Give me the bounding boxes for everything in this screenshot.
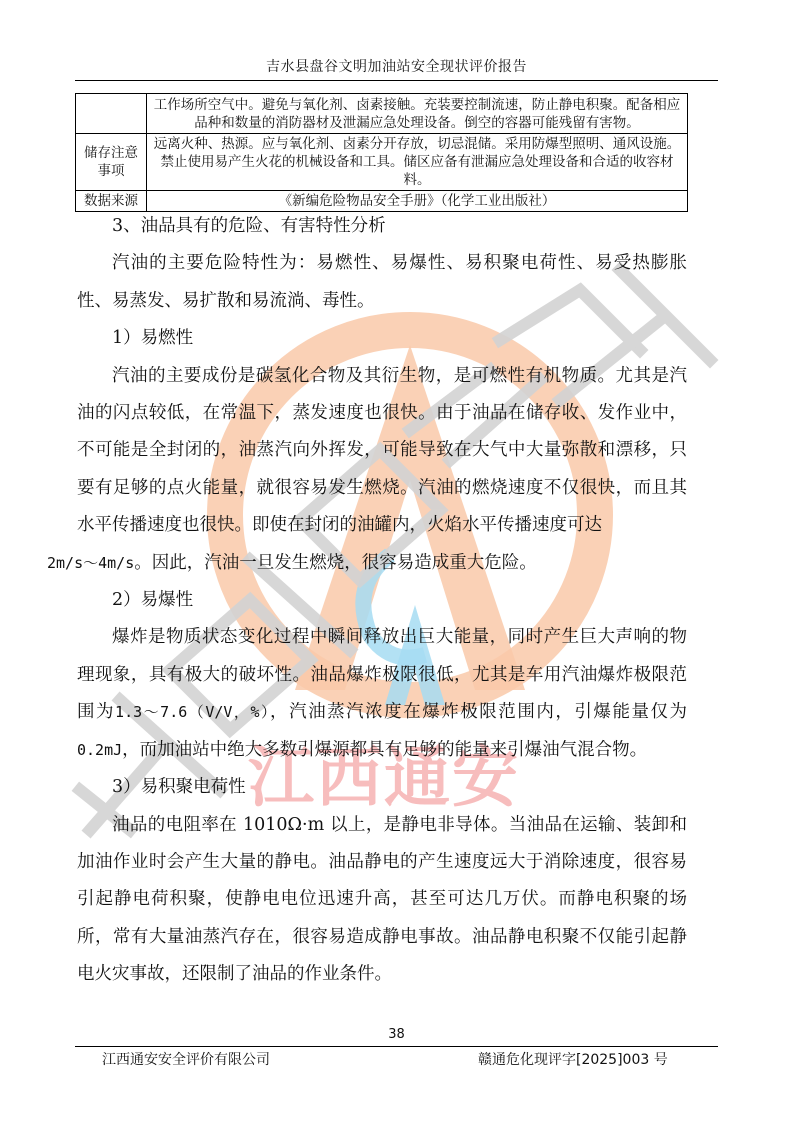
footer-document-number: 赣通危化现评字[2025]003 号: [478, 1049, 668, 1069]
explosion-limit-value: 1.3～7.6（V/V，%）: [115, 703, 270, 721]
subsection-heading-explosiveness: 2）易爆性: [77, 582, 687, 619]
paragraph-text: 汽油的主要成份是碳氢化合物及其衍生物，是可燃性有机物质。尤其是汽油的闪点较低，在…: [77, 366, 687, 536]
paragraph-text: ，而加油站中绝大多数引爆源都具有足够的能量来引爆油气混合物。: [122, 740, 647, 760]
speed-value: 2m/s～4m/s: [47, 554, 134, 572]
document-body: 3、油品具有的危险、有害特性分析 汽油的主要危险特性为：易燃性、易爆性、易积聚电…: [77, 208, 687, 994]
table-row-content: 远离火种、热源。应与氧化剂、卤素分开存放，切忌混储。采用防爆型照明、通风设施。禁…: [147, 134, 688, 191]
paragraph-text: ，汽油蒸汽浓度在爆炸极限范围内，引爆能量仅为: [270, 702, 687, 722]
subsection-heading-static-charge: 3）易积聚电荷性: [77, 769, 687, 806]
ignition-energy-value: 0.2mJ: [77, 741, 122, 759]
footer-divider: [75, 1046, 718, 1047]
paragraph-text: 。因此，汽油一旦发生燃烧，很容易造成重大危险。: [134, 553, 537, 573]
footer-company-name: 江西通安安全评价有限公司: [102, 1049, 270, 1069]
subsection-heading-flammability: 1）易燃性: [77, 320, 687, 357]
paragraph-explosiveness: 爆炸是物质状态变化过程中瞬间释放出巨大能量，同时产生巨大声响的物理现象，具有极大…: [77, 619, 687, 769]
paragraph-flammability: 汽油的主要成份是碳氢化合物及其衍生物，是可燃性有机物质。尤其是汽油的闪点较低，在…: [77, 358, 687, 582]
intro-paragraph: 汽油的主要危险特性为：易燃性、易爆性、易积聚电荷性、易受热膨胀性、易蒸发、易扩散…: [77, 245, 687, 320]
table-row: 工作场所空气中。避免与氧化剂、卤素接触。充装要控制流速，防止静电积聚。配备相应品…: [76, 94, 688, 134]
table-row: 储存注意事项 远离火种、热源。应与氧化剂、卤素分开存放，切忌混储。采用防爆型照明…: [76, 134, 688, 191]
page-header-title: 吉水县盘谷文明加油站安全现状评价报告: [75, 56, 718, 81]
msds-table: 工作场所空气中。避免与氧化剂、卤素接触。充装要控制流速，防止静电积聚。配备相应品…: [75, 93, 688, 212]
table-row-label: [76, 94, 147, 134]
table-row-content: 工作场所空气中。避免与氧化剂、卤素接触。充装要控制流速，防止静电积聚。配备相应品…: [147, 94, 688, 134]
table-row-label: 储存注意事项: [76, 134, 147, 191]
paragraph-static-charge: 油品的电阻率在 1010Ω·m 以上，是静电非导体。当油品在运输、装卸和加油作业…: [77, 807, 687, 994]
page-number: 38: [0, 1027, 793, 1042]
section-heading: 3、油品具有的危险、有害特性分析: [77, 208, 687, 245]
